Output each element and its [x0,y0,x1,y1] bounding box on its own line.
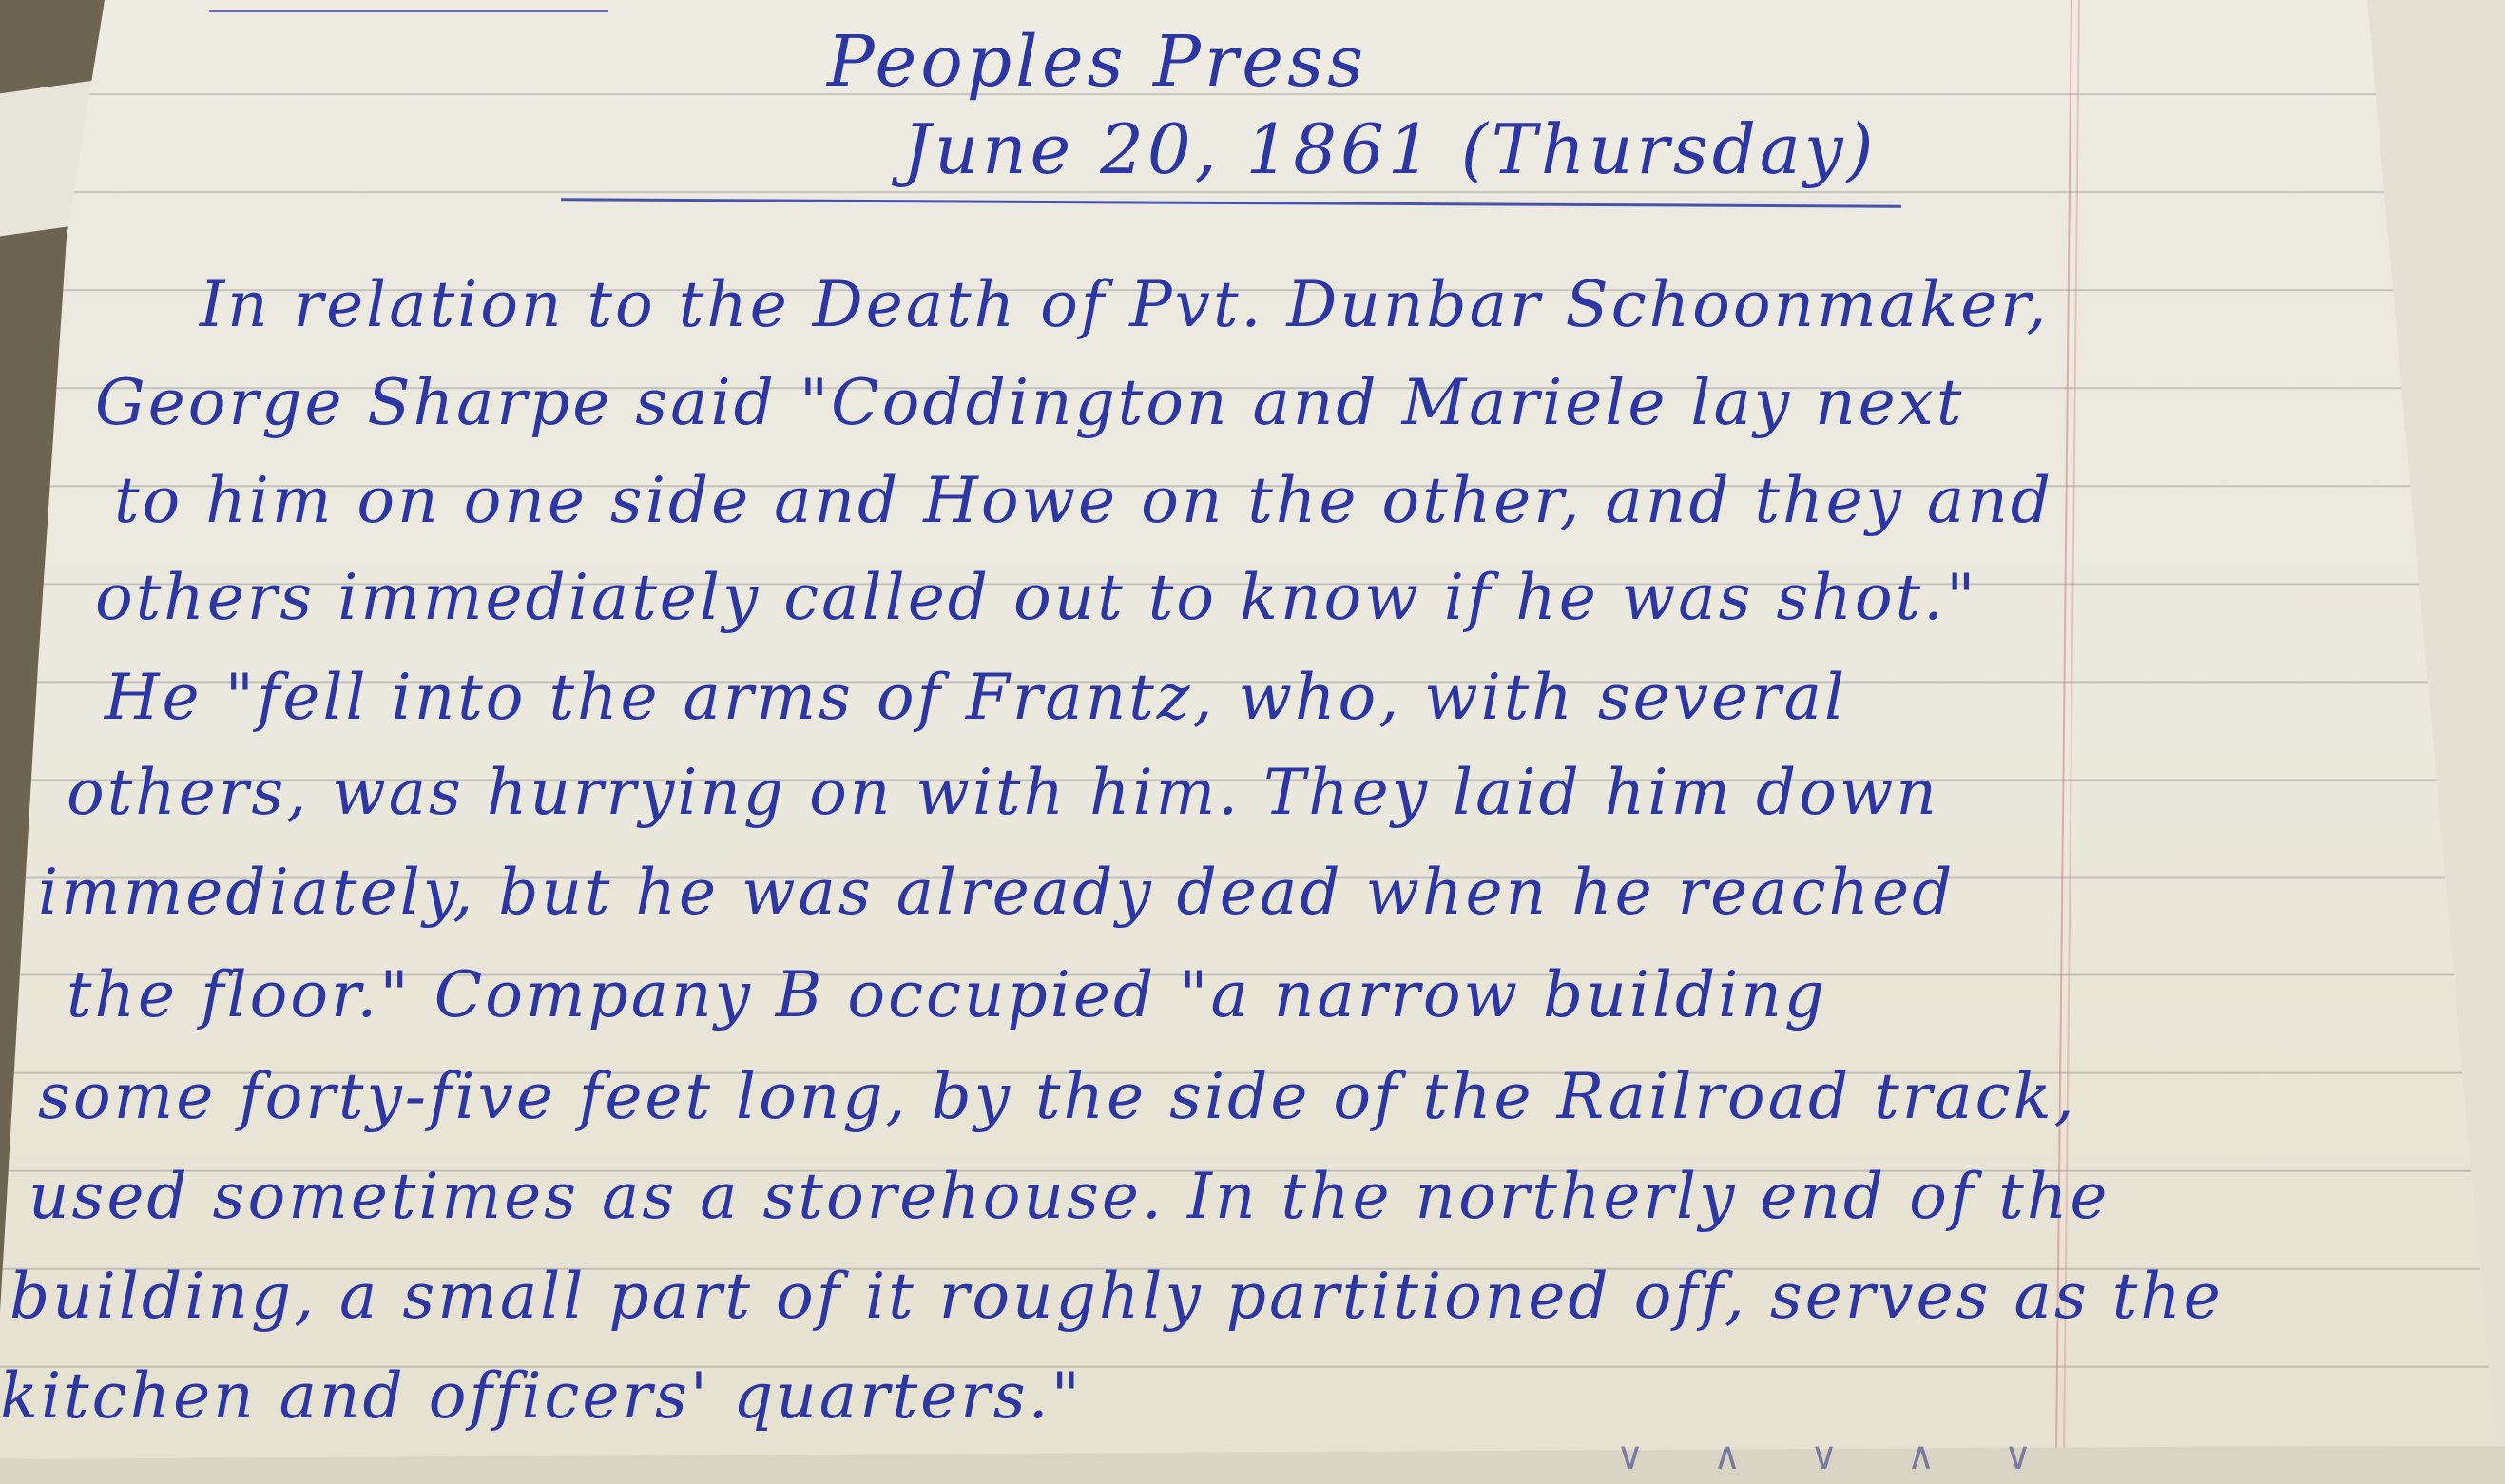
text-line: George Sharpe said "Coddington and Marie… [95,366,1964,439]
page-date: June 20, 1861 (Thursday) [903,109,1878,189]
page-title: Peoples Press [827,21,1367,103]
text-line: In relation to the Death of Pvt. Dunbar … [200,268,2049,341]
text-line: immediately, but he was already dead whe… [38,856,1955,929]
pen-stroke [209,10,608,12]
text-line: He "fell into the arms of Frantz, who, w… [105,661,1847,734]
text-line: some forty-five feet long, by the side o… [38,1060,2077,1133]
text-line: the floor." Company B occupied "a narrow… [67,958,1827,1031]
lined-notebook-page: Peoples Press June 20, 1861 (Thursday) I… [0,0,2505,1459]
text-line: building, a small part of it roughly par… [10,1260,2224,1333]
text-line: to him on one side and Howe on the other… [114,464,2053,537]
text-line: kitchen and officers' quarters." [0,1359,1083,1433]
underlying-sheet-handwriting: ∨ ∧ ∨ ∧ ∨ [1616,1435,2060,1478]
text-line: used sometimes as a storehouse. In the n… [29,1160,2110,1233]
text-line: others immediately called out to know if… [95,561,1977,634]
text-line: others, was hurrying on with him. They l… [67,756,1939,829]
